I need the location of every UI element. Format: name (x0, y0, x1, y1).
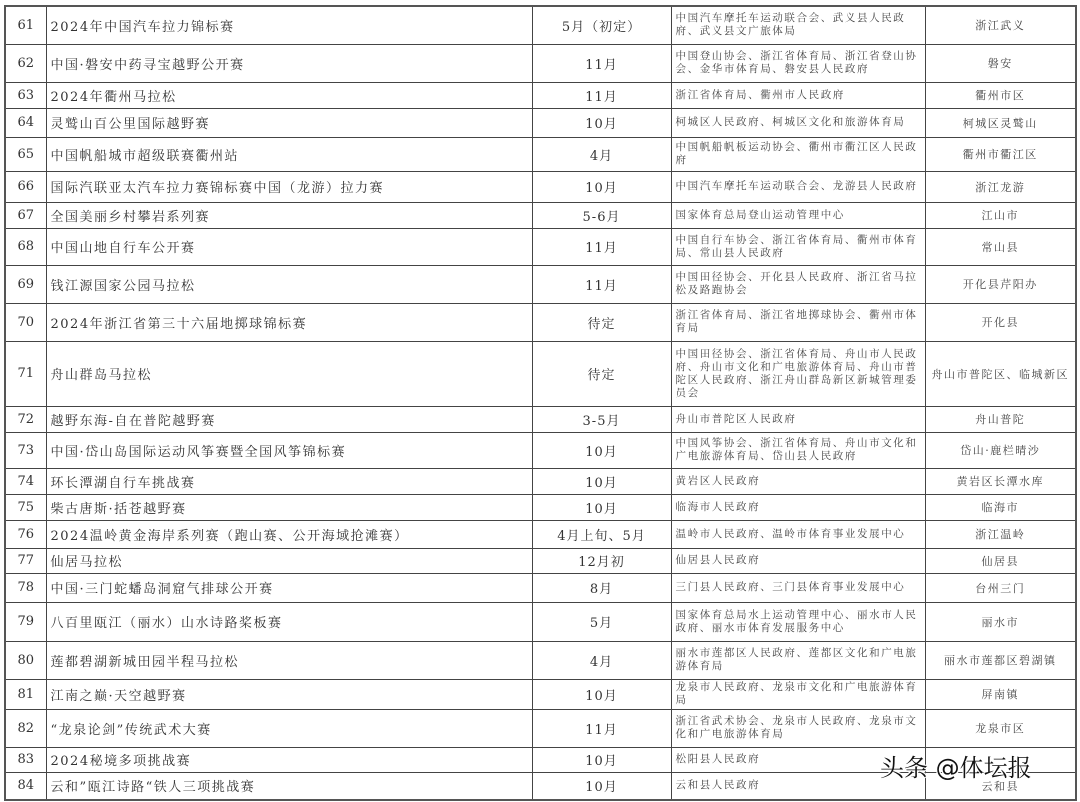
event-organizers: 国家体育总局登山运动管理中心 (671, 202, 925, 228)
event-location: 临海市 (925, 494, 1076, 520)
event-date: 11月 (532, 228, 671, 265)
event-organizers: 中国风筝协会、浙江省体育局、舟山市文化和广电旅游体育局、岱山县人民政府 (671, 432, 925, 468)
event-location: 丽水市 (925, 602, 1076, 641)
event-date: 12月初 (532, 548, 671, 573)
event-name: 2024秘境多项挑战赛 (46, 747, 532, 772)
row-number: 74 (5, 468, 46, 494)
event-date: 5月（初定） (532, 6, 671, 44)
event-name: 国际汽联亚太汽车拉力赛锦标赛中国（龙游）拉力赛 (46, 171, 532, 202)
event-name: 仙居马拉松 (46, 548, 532, 573)
event-name: 全国美丽乡村攀岩系列赛 (46, 202, 532, 228)
table-row: 81江南之巅·天空越野赛10月龙泉市人民政府、龙泉市文化和广电旅游体育局屏南镇 (5, 679, 1076, 709)
event-location: 常山县 (925, 228, 1076, 265)
events-table: 612024年中国汽车拉力锦标赛5月（初定）中国汽车摩托车运动联合会、武义县人民… (4, 5, 1077, 801)
event-date: 10月 (532, 747, 671, 772)
row-number: 75 (5, 494, 46, 520)
event-name: 柴古唐斯·括苍越野赛 (46, 494, 532, 520)
event-organizers: 舟山市普陀区人民政府 (671, 406, 925, 432)
event-date: 11月 (532, 709, 671, 747)
event-location: 仙居县 (925, 548, 1076, 573)
event-organizers: 中国登山协会、浙江省体育局、浙江省登山协会、金华市体育局、磐安县人民政府 (671, 44, 925, 82)
event-date: 10月 (532, 772, 671, 800)
event-organizers: 临海市人民政府 (671, 494, 925, 520)
table-row: 62中国·磐安中药寻宝越野公开赛11月中国登山协会、浙江省体育局、浙江省登山协会… (5, 44, 1076, 82)
watermark: 头条 @体坛报 (880, 748, 1032, 783)
event-organizers: 黄岩区人民政府 (671, 468, 925, 494)
table-row: 702024年浙江省第三十六届地掷球锦标赛待定浙江省体育局、浙江省地掷球协会、衢… (5, 303, 1076, 341)
event-location: 岱山·鹿栏晴沙 (925, 432, 1076, 468)
event-location: 磐安 (925, 44, 1076, 82)
event-date: 5月 (532, 602, 671, 641)
table-row: 73中国·岱山岛国际运动风筝赛暨全国风筝锦标赛10月中国风筝协会、浙江省体育局、… (5, 432, 1076, 468)
event-location: 开化县芹阳办 (925, 265, 1076, 303)
table-row: 71舟山群岛马拉松待定中国田径协会、浙江省体育局、舟山市人民政府、舟山市文化和广… (5, 341, 1076, 406)
event-date: 10月 (532, 679, 671, 709)
row-number: 61 (5, 6, 46, 44)
event-location: 舟山市普陀区、临城新区 (925, 341, 1076, 406)
event-location: 台州三门 (925, 573, 1076, 602)
event-location: 浙江武义 (925, 6, 1076, 44)
event-organizers: 三门县人民政府、三门县体育事业发展中心 (671, 573, 925, 602)
event-organizers: 丽水市莲都区人民政府、莲都区文化和广电旅游体育局 (671, 641, 925, 679)
event-name: 2024温岭黄金海岸系列赛（跑山赛、公开海域抢滩赛） (46, 520, 532, 548)
event-date: 5-6月 (532, 202, 671, 228)
event-name: 2024年衢州马拉松 (46, 82, 532, 108)
table-row: 82“龙泉论剑”传统武术大赛11月浙江省武术协会、龙泉市人民政府、龙泉市文化和广… (5, 709, 1076, 747)
event-organizers: 国家体育总局水上运动管理中心、丽水市人民政府、丽水市体育发展服务中心 (671, 602, 925, 641)
event-organizers: 中国帆船帆板运动协会、衢州市衢江区人民政府 (671, 137, 925, 171)
event-location: 黄岩区长潭水库 (925, 468, 1076, 494)
event-name: 越野东海-自在普陀越野赛 (46, 406, 532, 432)
event-date: 4月上旬、5月 (532, 520, 671, 548)
event-name: “龙泉论剑”传统武术大赛 (46, 709, 532, 747)
event-location: 衢州市衢江区 (925, 137, 1076, 171)
row-number: 66 (5, 171, 46, 202)
event-name: 2024年中国汽车拉力锦标赛 (46, 6, 532, 44)
row-number: 76 (5, 520, 46, 548)
event-location: 开化县 (925, 303, 1076, 341)
event-date: 3-5月 (532, 406, 671, 432)
event-location: 柯城区灵鹫山 (925, 108, 1076, 137)
event-name: 中国山地自行车公开赛 (46, 228, 532, 265)
event-organizers: 龙泉市人民政府、龙泉市文化和广电旅游体育局 (671, 679, 925, 709)
table-row: 66国际汽联亚太汽车拉力赛锦标赛中国（龙游）拉力赛10月中国汽车摩托车运动联合会… (5, 171, 1076, 202)
event-name: 钱江源国家公园马拉松 (46, 265, 532, 303)
event-name: 莲都碧湖新城田园半程马拉松 (46, 641, 532, 679)
row-number: 80 (5, 641, 46, 679)
row-number: 83 (5, 747, 46, 772)
row-number: 81 (5, 679, 46, 709)
event-date: 待定 (532, 303, 671, 341)
event-location: 龙泉市区 (925, 709, 1076, 747)
row-number: 77 (5, 548, 46, 573)
event-name: 舟山群岛马拉松 (46, 341, 532, 406)
event-date: 10月 (532, 494, 671, 520)
table-row: 77仙居马拉松12月初仙居县人民政府仙居县 (5, 548, 1076, 573)
row-number: 72 (5, 406, 46, 432)
row-number: 82 (5, 709, 46, 747)
event-location: 衢州市区 (925, 82, 1076, 108)
table-row: 632024年衢州马拉松11月浙江省体育局、衢州市人民政府衢州市区 (5, 82, 1076, 108)
row-number: 63 (5, 82, 46, 108)
event-date: 10月 (532, 468, 671, 494)
row-number: 65 (5, 137, 46, 171)
event-location: 浙江龙游 (925, 171, 1076, 202)
table-row: 72越野东海-自在普陀越野赛3-5月舟山市普陀区人民政府舟山普陀 (5, 406, 1076, 432)
events-table-body: 612024年中国汽车拉力锦标赛5月（初定）中国汽车摩托车运动联合会、武义县人民… (5, 6, 1076, 800)
event-organizers: 浙江省体育局、衢州市人民政府 (671, 82, 925, 108)
table-row: 64灵鹫山百公里国际越野赛10月柯城区人民政府、柯城区文化和旅游体育局柯城区灵鹫… (5, 108, 1076, 137)
event-date: 10月 (532, 432, 671, 468)
row-number: 68 (5, 228, 46, 265)
row-number: 67 (5, 202, 46, 228)
event-organizers: 中国田径协会、开化县人民政府、浙江省马拉松及路跑协会 (671, 265, 925, 303)
event-name: 灵鹫山百公里国际越野赛 (46, 108, 532, 137)
event-name: 八百里瓯江（丽水）山水诗路桨板赛 (46, 602, 532, 641)
event-name: 环长潭湖自行车挑战赛 (46, 468, 532, 494)
event-name: 中国·磐安中药寻宝越野公开赛 (46, 44, 532, 82)
table-row: 612024年中国汽车拉力锦标赛5月（初定）中国汽车摩托车运动联合会、武义县人民… (5, 6, 1076, 44)
event-date: 11月 (532, 82, 671, 108)
event-organizers: 浙江省武术协会、龙泉市人民政府、龙泉市文化和广电旅游体育局 (671, 709, 925, 747)
table-row: 80莲都碧湖新城田园半程马拉松4月丽水市莲都区人民政府、莲都区文化和广电旅游体育… (5, 641, 1076, 679)
event-date: 8月 (532, 573, 671, 602)
event-organizers: 中国汽车摩托车运动联合会、龙游县人民政府 (671, 171, 925, 202)
row-number: 71 (5, 341, 46, 406)
row-number: 69 (5, 265, 46, 303)
row-number: 70 (5, 303, 46, 341)
row-number: 73 (5, 432, 46, 468)
event-name: 中国帆船城市超级联赛衢州站 (46, 137, 532, 171)
event-location: 屏南镇 (925, 679, 1076, 709)
event-name: 中国·三门蛇蟠岛洞窟气排球公开赛 (46, 573, 532, 602)
event-location: 丽水市莲都区碧湖镇 (925, 641, 1076, 679)
event-organizers: 中国自行车协会、浙江省体育局、衢州市体育局、常山县人民政府 (671, 228, 925, 265)
row-number: 78 (5, 573, 46, 602)
event-date: 11月 (532, 44, 671, 82)
event-date: 10月 (532, 171, 671, 202)
event-date: 待定 (532, 341, 671, 406)
event-name: 2024年浙江省第三十六届地掷球锦标赛 (46, 303, 532, 341)
table-row: 78中国·三门蛇蟠岛洞窟气排球公开赛8月三门县人民政府、三门县体育事业发展中心台… (5, 573, 1076, 602)
table-row: 75柴古唐斯·括苍越野赛10月临海市人民政府临海市 (5, 494, 1076, 520)
event-organizers: 中国田径协会、浙江省体育局、舟山市人民政府、舟山市文化和广电旅游体育局、舟山市普… (671, 341, 925, 406)
table-row: 69钱江源国家公园马拉松11月中国田径协会、开化县人民政府、浙江省马拉松及路跑协… (5, 265, 1076, 303)
event-name: 江南之巅·天空越野赛 (46, 679, 532, 709)
event-location: 江山市 (925, 202, 1076, 228)
event-organizers: 中国汽车摩托车运动联合会、武义县人民政府、武义县文广旅体局 (671, 6, 925, 44)
event-date: 10月 (532, 108, 671, 137)
event-organizers: 温岭市人民政府、温岭市体育事业发展中心 (671, 520, 925, 548)
event-location: 舟山普陀 (925, 406, 1076, 432)
table-row: 67全国美丽乡村攀岩系列赛5-6月国家体育总局登山运动管理中心江山市 (5, 202, 1076, 228)
table-row: 762024温岭黄金海岸系列赛（跑山赛、公开海域抢滩赛）4月上旬、5月温岭市人民… (5, 520, 1076, 548)
event-organizers: 柯城区人民政府、柯城区文化和旅游体育局 (671, 108, 925, 137)
table-row: 65中国帆船城市超级联赛衢州站4月中国帆船帆板运动协会、衢州市衢江区人民政府衢州… (5, 137, 1076, 171)
table-row: 74环长潭湖自行车挑战赛10月黄岩区人民政府黄岩区长潭水库 (5, 468, 1076, 494)
event-name: 中国·岱山岛国际运动风筝赛暨全国风筝锦标赛 (46, 432, 532, 468)
event-date: 4月 (532, 137, 671, 171)
event-organizers: 仙居县人民政府 (671, 548, 925, 573)
table-row: 79八百里瓯江（丽水）山水诗路桨板赛5月国家体育总局水上运动管理中心、丽水市人民… (5, 602, 1076, 641)
table-row: 68中国山地自行车公开赛11月中国自行车协会、浙江省体育局、衢州市体育局、常山县… (5, 228, 1076, 265)
event-name: 云和”瓯江诗路“铁人三项挑战赛 (46, 772, 532, 800)
event-location: 浙江温岭 (925, 520, 1076, 548)
row-number: 64 (5, 108, 46, 137)
row-number: 84 (5, 772, 46, 800)
event-date: 4月 (532, 641, 671, 679)
event-date: 11月 (532, 265, 671, 303)
row-number: 79 (5, 602, 46, 641)
event-organizers: 浙江省体育局、浙江省地掷球协会、衢州市体育局 (671, 303, 925, 341)
row-number: 62 (5, 44, 46, 82)
